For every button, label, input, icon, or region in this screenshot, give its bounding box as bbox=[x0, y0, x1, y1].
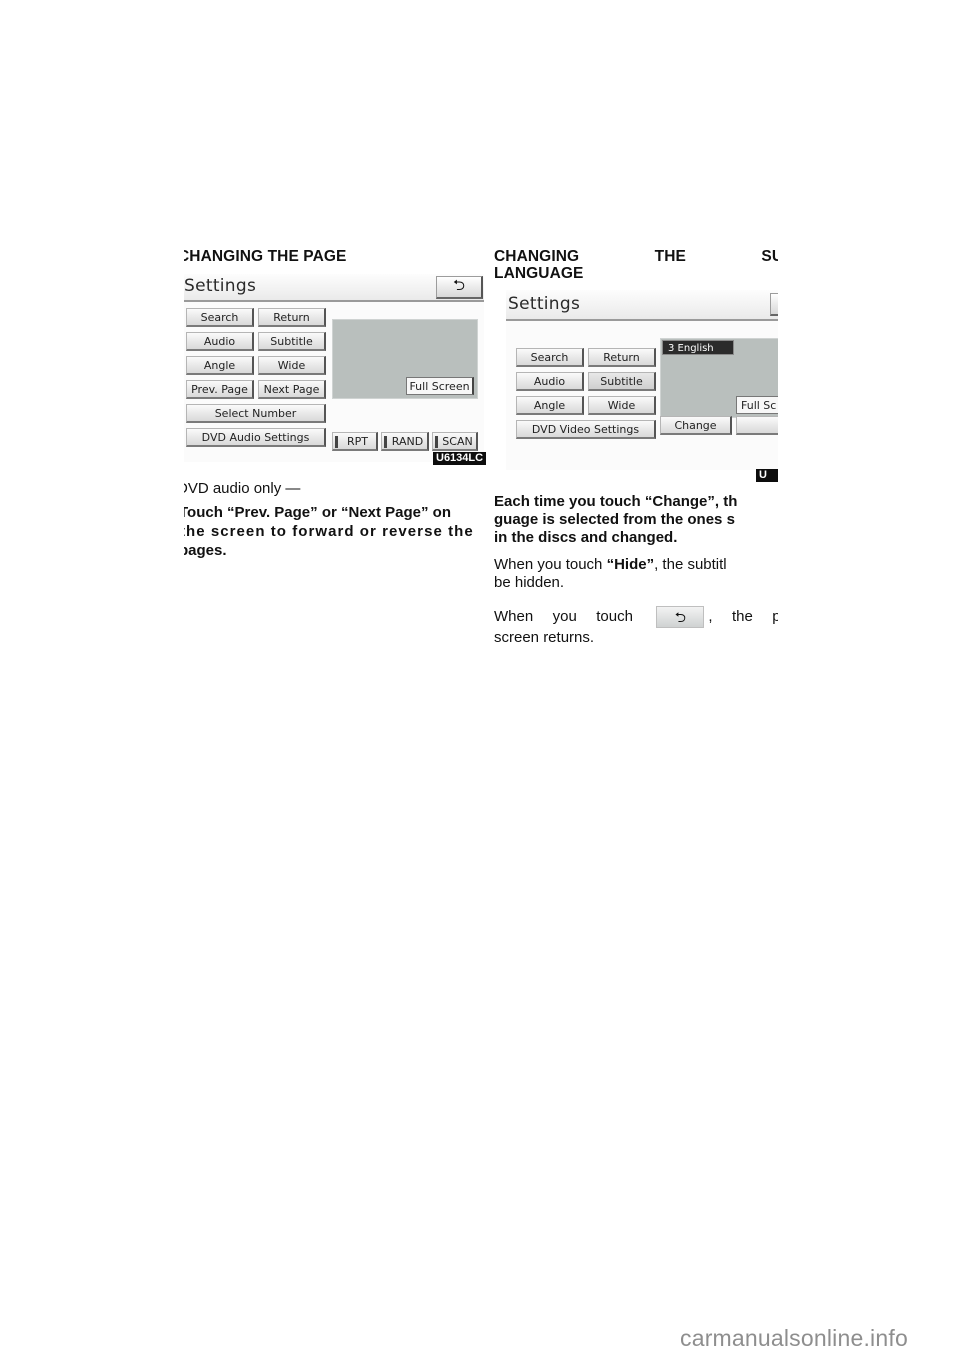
instruction-line-1: Touch “Prev. Page” or “Next Page” on bbox=[184, 504, 488, 522]
prev-page-button[interactable]: Prev. Page bbox=[186, 380, 254, 399]
subtitle-settings-screen-figure: Settings ⮌ Search Return Audio Subtitle … bbox=[506, 290, 778, 470]
search-button[interactable]: Search bbox=[516, 348, 584, 367]
figure-code: U bbox=[756, 469, 778, 482]
left-body-text: DVD audio only — Touch “Prev. Page” or “… bbox=[184, 478, 490, 568]
audio-button[interactable]: Audio bbox=[516, 372, 584, 391]
instruction-line-3: pages. bbox=[184, 542, 227, 560]
settings-screen-figure: Settings ⮌ Search Return Audio Subtitle … bbox=[184, 274, 484, 462]
inline-back-button-icon: ⮌ bbox=[656, 606, 704, 628]
hide-paragraph-line-1: When you touch “Hide”, the subtitl bbox=[494, 556, 727, 574]
title-bar: Settings ⮌ bbox=[506, 290, 778, 321]
change-button[interactable]: Change bbox=[660, 416, 732, 435]
dvd-video-settings-button[interactable]: DVD Video Settings bbox=[516, 420, 656, 439]
scan-button[interactable]: SCAN bbox=[432, 432, 478, 451]
search-button[interactable]: Search bbox=[186, 308, 254, 327]
instruction-line-2: the screen to forward or reverse the bbox=[184, 523, 474, 541]
back-button[interactable]: ⮌ bbox=[770, 293, 778, 316]
screen-title: Settings bbox=[508, 294, 580, 314]
hide-paragraph-line-2: be hidden. bbox=[494, 574, 564, 592]
title-bar: Settings ⮌ bbox=[184, 274, 484, 302]
return-arrow-icon: ⮌ bbox=[675, 608, 686, 626]
select-number-button[interactable]: Select Number bbox=[186, 404, 326, 423]
screen-title: Settings bbox=[184, 276, 256, 296]
rand-button[interactable]: RAND bbox=[381, 432, 429, 451]
watermark: carmanualsonline.info bbox=[680, 1325, 908, 1352]
angle-button[interactable]: Angle bbox=[516, 396, 584, 415]
subtitle-button-active[interactable]: Subtitle bbox=[588, 372, 656, 391]
back-paragraph-line-2: screen returns. bbox=[494, 629, 594, 647]
angle-button[interactable]: Angle bbox=[186, 356, 254, 375]
dvd-audio-settings-button[interactable]: DVD Audio Settings bbox=[186, 428, 326, 447]
change-instruction-line-2: guage is selected from the ones s bbox=[494, 511, 735, 529]
subtitle-button[interactable]: Subtitle bbox=[258, 332, 326, 351]
right-section: CHANGING THE SUBT LANGUAGE Settings ⮌ Se… bbox=[494, 240, 778, 680]
section-heading-subtitle-language: CHANGING THE SUBT LANGUAGE bbox=[494, 248, 778, 282]
back-paragraph-line-1: When you touch ⮌, the pre bbox=[494, 606, 778, 628]
return-button[interactable]: Return bbox=[588, 348, 656, 367]
change-instruction-line-3: in the discs and changed. bbox=[494, 529, 677, 547]
hide-keyword: “Hide” bbox=[607, 556, 655, 573]
subtitle-language-indicator: 3 English bbox=[662, 340, 734, 355]
figure-code: U6134LC bbox=[433, 452, 486, 465]
wide-button[interactable]: Wide bbox=[588, 396, 656, 415]
dvd-audio-only-note: DVD audio only — bbox=[184, 480, 300, 498]
next-page-button[interactable]: Next Page bbox=[258, 380, 326, 399]
change-instruction-line-1: Each time you touch “Change”, th bbox=[494, 493, 737, 511]
wide-button[interactable]: Wide bbox=[258, 356, 326, 375]
return-button[interactable]: Return bbox=[258, 308, 326, 327]
audio-button[interactable]: Audio bbox=[186, 332, 254, 351]
rpt-button[interactable]: RPT bbox=[332, 432, 378, 451]
back-button[interactable]: ⮌ bbox=[436, 276, 483, 299]
full-screen-button[interactable]: Full Sc bbox=[736, 396, 778, 414]
hide-button[interactable]: Hic bbox=[736, 416, 778, 435]
full-screen-button[interactable]: Full Screen bbox=[406, 377, 474, 395]
return-arrow-icon: ⮌ bbox=[453, 275, 465, 300]
left-section: CHANGING THE PAGE Settings ⮌ Search Retu… bbox=[184, 240, 490, 480]
section-heading-changing-page: CHANGING THE PAGE bbox=[184, 248, 346, 265]
